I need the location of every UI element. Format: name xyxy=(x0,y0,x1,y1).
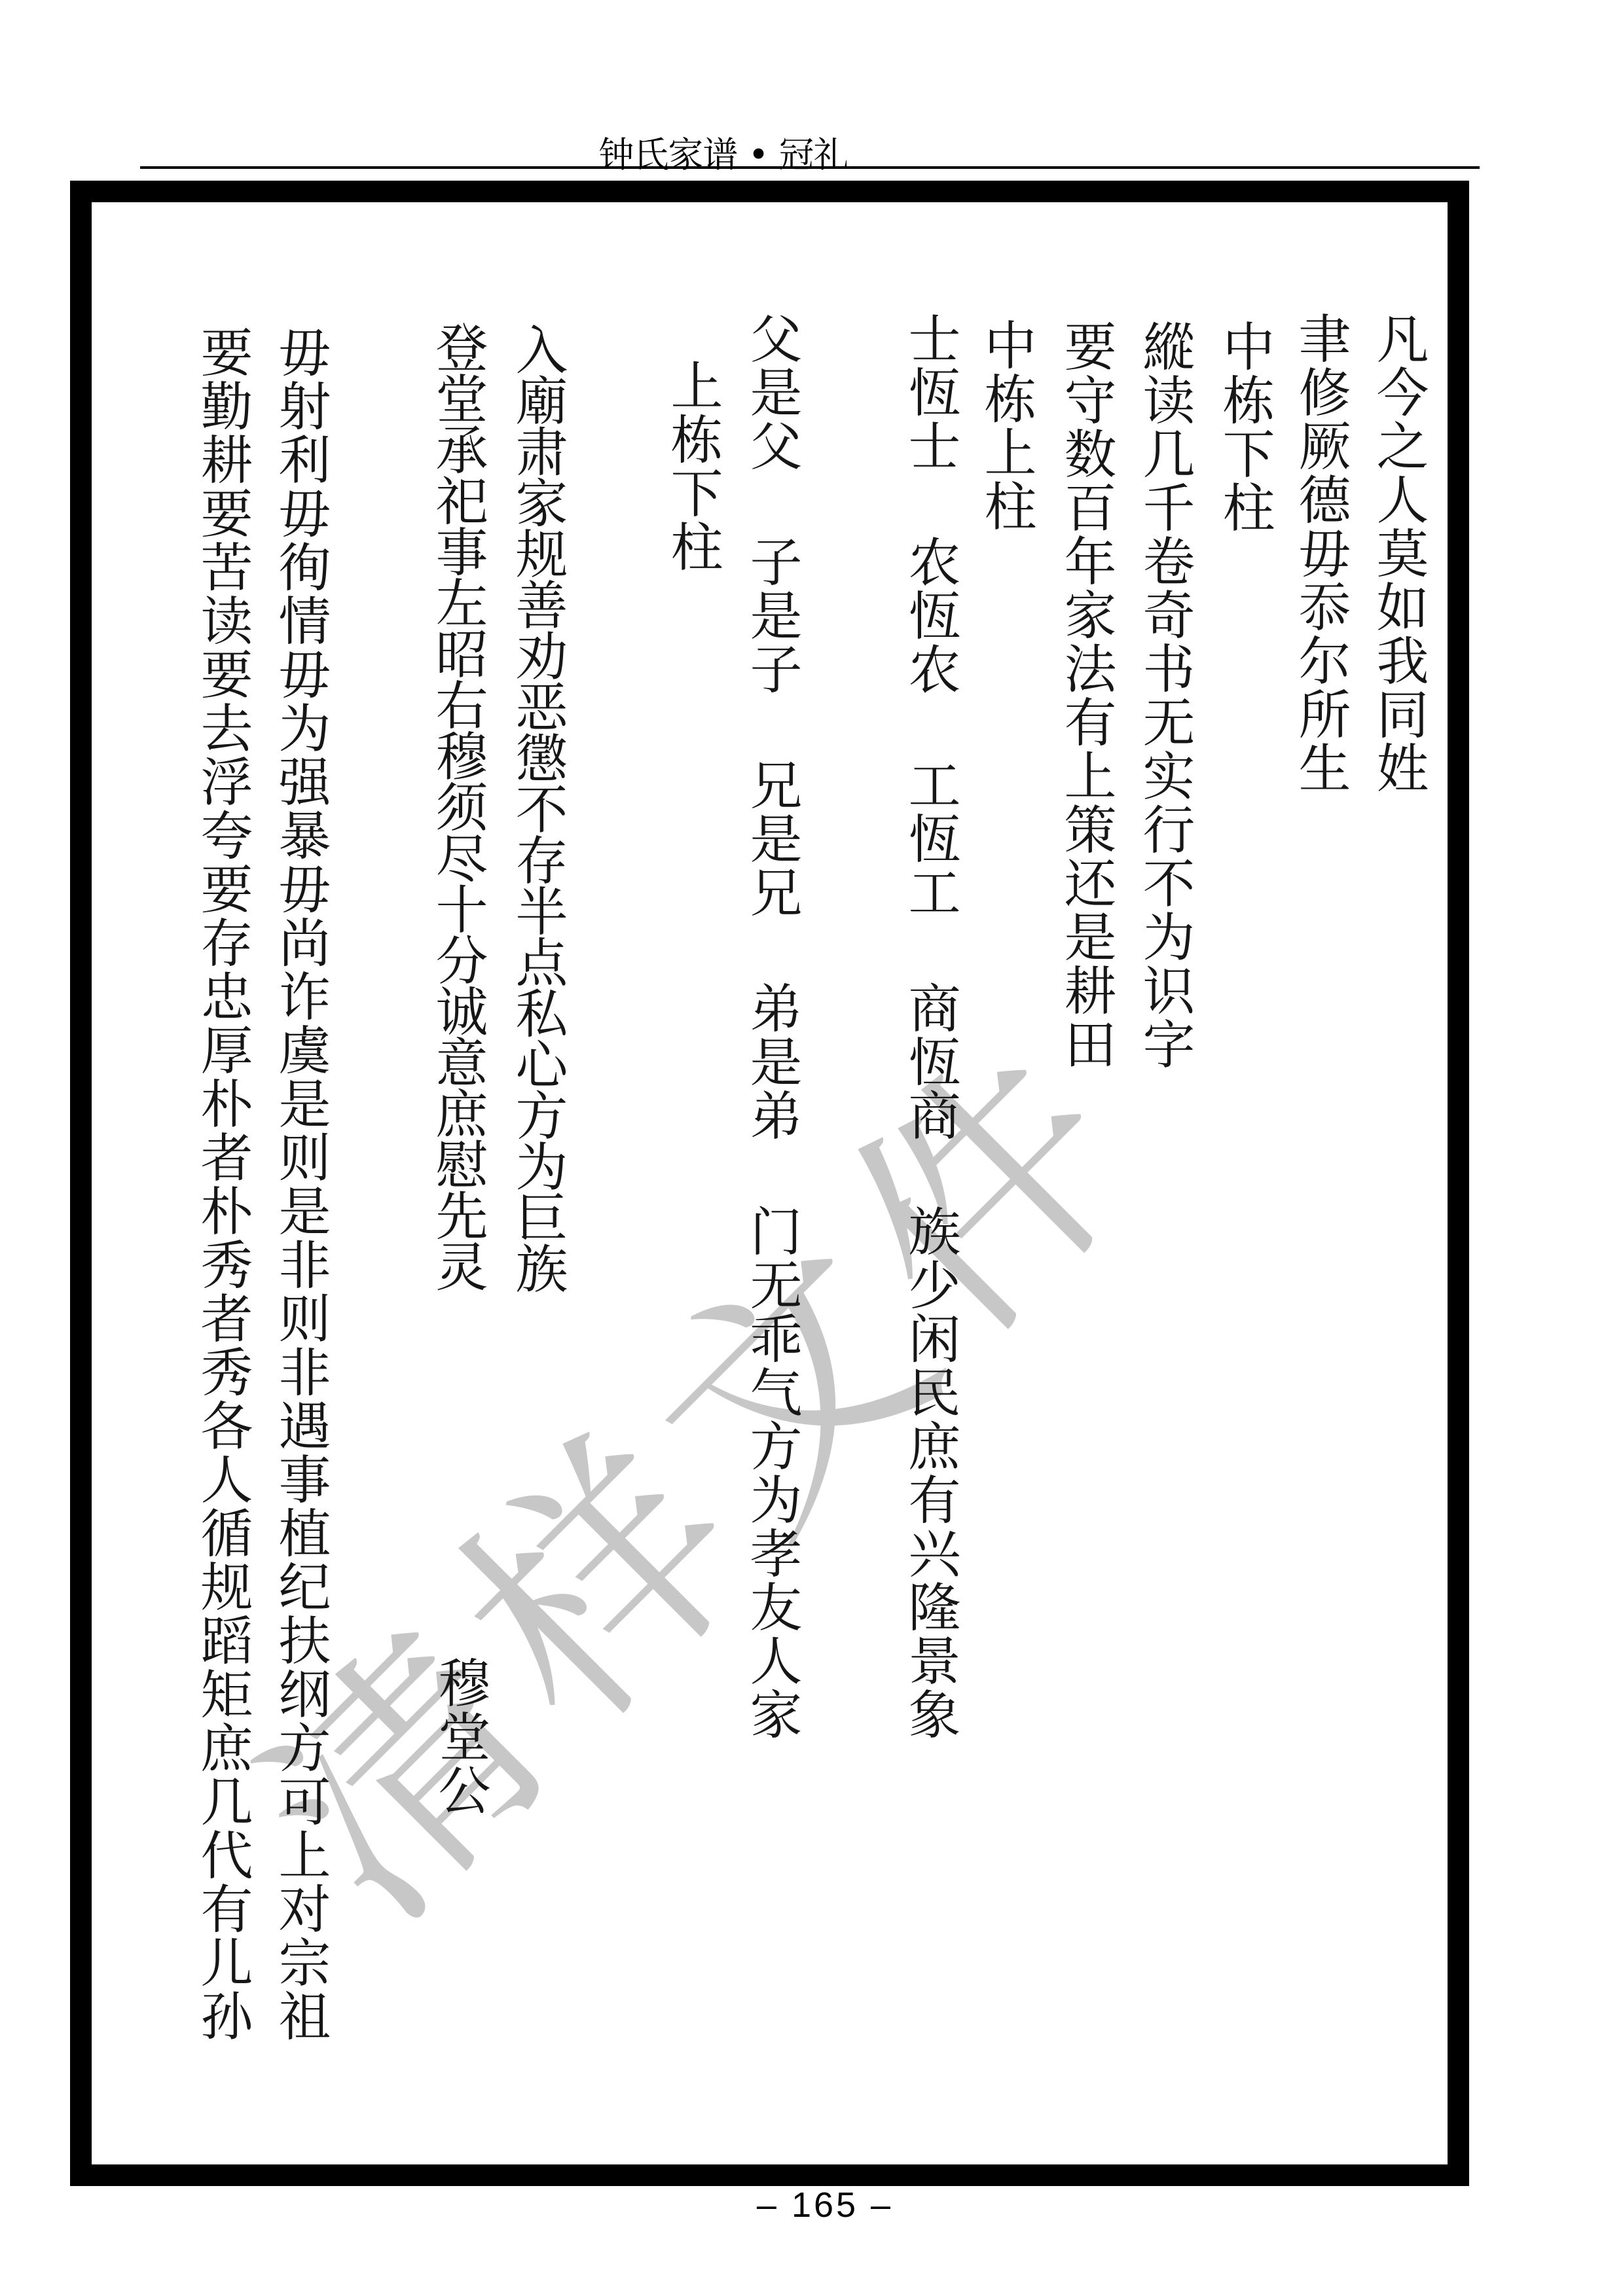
content-frame-border xyxy=(70,181,1469,2186)
header-rule xyxy=(140,166,1480,169)
page-title: 钟氏家谱 • 冠礼 xyxy=(0,127,1447,177)
page-number: – 165 – xyxy=(694,2185,956,2225)
genealogy-book-page: 钟氏家谱 • 冠礼 清样文件 凡今之人莫如我同姓 聿修厥德毋忝尔所生 中栋下柱 … xyxy=(0,0,1623,2296)
